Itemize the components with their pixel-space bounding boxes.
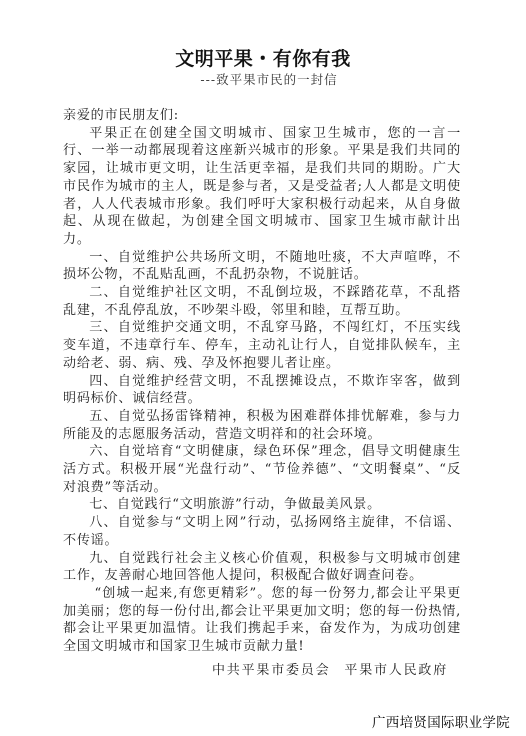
item-5: 五、自觉弘扬雷锋精神，积极为困难群体排忧解难，参与力所能及的志愿服务活动，营造文… — [63, 408, 461, 443]
closing-paragraph: “创城一起来,有您更精彩”。您的每一份努力,都会让平果更加美丽；您的每一份付出,… — [63, 585, 461, 656]
greeting: 亲爱的市民朋友们: — [63, 107, 461, 125]
footer-watermark: 广西培贤国际职业学院 — [372, 711, 510, 731]
item-3: 三、自觉维护交通文明，不乱穿马路，不闯红灯，不压实线变车道，不违章行车、停车，主… — [63, 319, 461, 372]
intro-paragraph: 平果正在创建全国文明城市、国家卫生城市，您的一言一行、一举一动都展现着这座新兴城… — [63, 125, 461, 249]
letter-subtitle: ---致平果市民的一封信 — [0, 70, 526, 88]
letter-body: 亲爱的市民朋友们: 平果正在创建全国文明城市、国家卫生城市，您的一言一行、一举一… — [63, 107, 461, 656]
signature: 中共平果市委员会平果市人民政府 — [212, 659, 448, 678]
item-1: 一、自觉维护公共场所文明，不随地吐痰，不大声喧哗，不损坏公物，不乱贴乱画，不乱扔… — [63, 249, 461, 284]
signature-org-government: 平果市人民政府 — [344, 663, 448, 678]
item-9: 九、自觉践行社会主义核心价值观，积极参与文明城市创建工作，友善耐心地回答他人提问… — [63, 550, 461, 585]
item-2: 二、自觉维护社区文明，不乱倒垃圾，不踩踏花草，不乱搭乱建，不乱停乱放，不吵架斗殴… — [63, 284, 461, 319]
item-8: 八、自觉参与“文明上网”行动，弘扬网络主旋律，不信谣、不传谣。 — [63, 514, 461, 549]
letter-title: 文明平果・有你有我 — [0, 44, 526, 71]
item-6: 六、自觉培育“文明健康，绿色环保”理念，倡导文明健康生活方式。积极开展“光盘行动… — [63, 443, 461, 496]
signature-org-party-committee: 中共平果市委员会 — [212, 663, 330, 678]
item-7: 七、自觉践行“文明旅游”行动，争做最美风景。 — [63, 496, 461, 514]
item-4: 四、自觉维护经营文明，不乱摆摊设点，不欺诈宰客，做到明码标价、诚信经营。 — [63, 373, 461, 408]
